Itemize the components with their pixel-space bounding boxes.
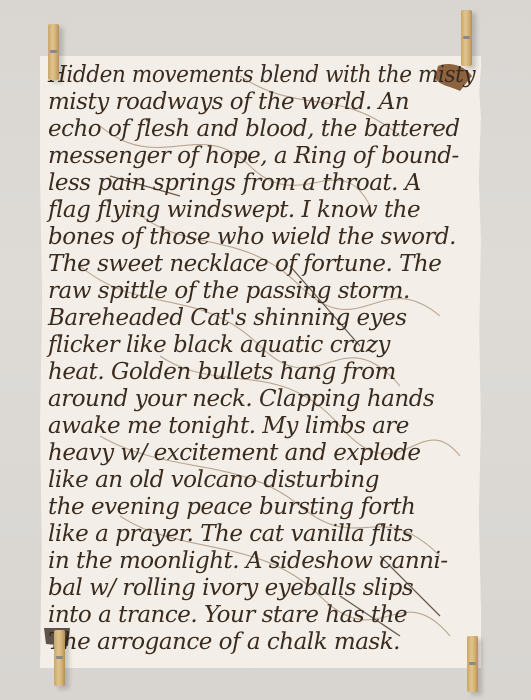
poem-line: echo of flesh and blood, the battered (48, 116, 475, 142)
poem-line: Hidden movements blend with the misty (48, 62, 450, 88)
poem-line: raw spittle of the passing storm. (48, 278, 475, 304)
poem-line: in the moonlight. A sideshow canni- (48, 548, 475, 574)
poem-line: less pain springs from a throat. A (48, 170, 475, 196)
poem-line: around your neck. Clapping hands (48, 386, 475, 412)
poem-line: messenger of hope, a Ring of bound- (48, 143, 475, 169)
poem-line: flag flying windswept. I know the (48, 197, 475, 223)
poem-line: bal w/ rolling ivory eyeballs slips (48, 575, 475, 601)
poem-line: like an old volcano disturbing (48, 467, 475, 493)
poem-line: like a prayer. The cat vanilla flits (48, 521, 475, 547)
clothespin-top-left (48, 24, 59, 80)
poem-line: heat. Golden bullets hang from (48, 359, 475, 385)
poem-line: into a trance. Your stare has the (48, 602, 475, 628)
clothespin-bottom-left (54, 630, 65, 686)
poem-text: Hidden movements blend with the misty mi… (48, 62, 475, 662)
poem-line: Bareheaded Cat's shinning eyes (48, 305, 475, 331)
poem-line: misty roadways of the world. An (48, 89, 475, 115)
poem-line: awake me tonight. My limbs are (48, 413, 475, 439)
clothespin-top-right (461, 10, 472, 66)
poem-line: flicker like black aquatic crazy (48, 332, 475, 358)
poem-line: bones of those who wield the sword. (48, 224, 475, 250)
poem-line: The arrogance of a chalk mask. (48, 629, 475, 655)
clothespin-bottom-right (467, 636, 478, 692)
handwritten-paper: Hidden movements blend with the misty mi… (40, 56, 481, 668)
poem-line: the evening peace bursting forth (48, 494, 475, 520)
poem-line: The sweet necklace of fortune. The (48, 251, 475, 277)
poem-line: heavy w/ excitement and explode (48, 440, 475, 466)
